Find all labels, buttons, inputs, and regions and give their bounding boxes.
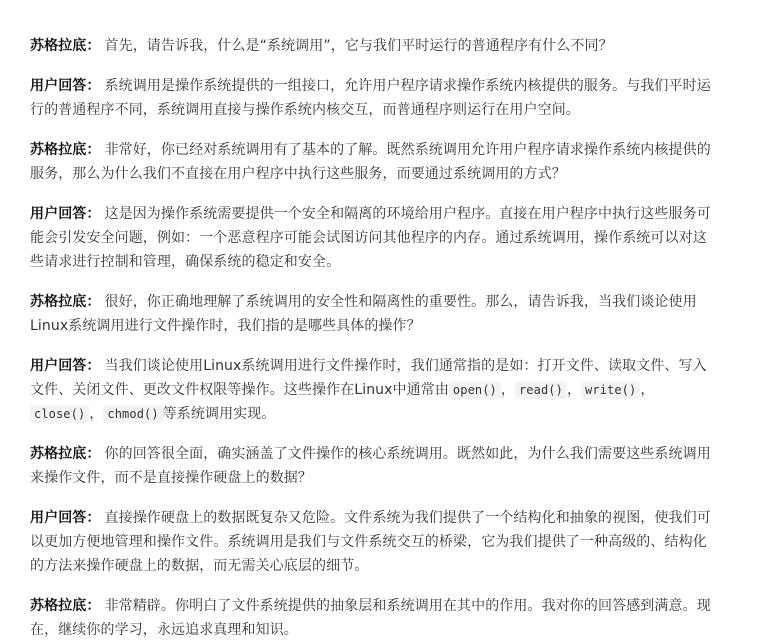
speaker-label: 苏格拉底：	[30, 598, 101, 614]
dialogue-paragraph-socrates: 苏格拉底：首先，请告诉我，什么是“系统调用”，它与我们平时运行的普通程序有什么不…	[30, 34, 720, 58]
dialogue-document: 苏格拉底：首先，请告诉我，什么是“系统调用”，它与我们平时运行的普通程序有什么不…	[0, 0, 750, 642]
paragraph-text: 首先，请告诉我，什么是“系统调用”，它与我们平时运行的普通程序有什么不同？	[105, 38, 613, 54]
inline-code-write: write()	[581, 381, 640, 399]
paragraph-text: 直接操作硬盘上的数据既复杂又危险。文件系统为我们提供了一个结构化和抽象的视图，使…	[30, 510, 711, 574]
speaker-label: 苏格拉底：	[30, 142, 101, 158]
separator: ，	[640, 382, 654, 398]
dialogue-paragraph-socrates: 苏格拉底：非常好，你已经对系统调用有了基本的了解。既然系统调用允许用户程序请求操…	[30, 138, 720, 186]
speaker-label: 用户回答：	[30, 78, 101, 94]
paragraph-text: 系统调用是操作系统提供的一组接口，允许用户程序请求操作系统内核提供的服务。与我们…	[30, 78, 711, 118]
paragraph-text: 你的回答很全面，确实涵盖了文件操作的核心系统调用。既然如此，为什么我们需要这些系…	[30, 446, 711, 486]
dialogue-paragraph-user: 用户回答：当我们谈论使用Linux系统调用进行文件操作时，我们通常指的是如：打开…	[30, 354, 720, 426]
paragraph-text: 等系统调用实现。	[163, 406, 276, 422]
separator: ，	[89, 406, 103, 422]
dialogue-paragraph-user: 用户回答：直接操作硬盘上的数据既复杂又危险。文件系统为我们提供了一个结构化和抽象…	[30, 506, 720, 578]
inline-code-close: close()	[30, 405, 89, 423]
dialogue-paragraph-socrates: 苏格拉底：很好，你正确地理解了系统调用的安全性和隔离性的重要性。那么，请告诉我，…	[30, 290, 720, 338]
speaker-label: 苏格拉底：	[30, 446, 101, 462]
speaker-label: 苏格拉底：	[30, 294, 101, 310]
dialogue-paragraph-socrates: 苏格拉底：你的回答很全面，确实涵盖了文件操作的核心系统调用。既然如此，为什么我们…	[30, 442, 720, 490]
paragraph-text: 很好，你正确地理解了系统调用的安全性和隔离性的重要性。那么，请告诉我，当我们谈论…	[30, 294, 697, 334]
speaker-label: 用户回答：	[30, 510, 101, 526]
dialogue-paragraph-user: 用户回答：系统调用是操作系统提供的一组接口，允许用户程序请求操作系统内核提供的服…	[30, 74, 720, 122]
dialogue-paragraph-socrates: 苏格拉底：非常精辟。你明白了文件系统提供的抽象层和系统调用在其中的作用。我对你的…	[30, 594, 720, 642]
inline-code-open: open()	[449, 381, 501, 399]
dialogue-paragraph-user: 用户回答：这是因为操作系统需要提供一个安全和隔离的环境给用户程序。直接在用户程序…	[30, 202, 720, 274]
separator: ，	[567, 382, 581, 398]
paragraph-text: 非常好，你已经对系统调用有了基本的了解。既然系统调用允许用户程序请求操作系统内核…	[30, 142, 711, 182]
paragraph-text: 这是因为操作系统需要提供一个安全和隔离的环境给用户程序。直接在用户程序中执行这些…	[30, 206, 711, 270]
separator: ，	[501, 382, 515, 398]
inline-code-chmod: chmod()	[103, 405, 162, 423]
inline-code-read: read()	[515, 381, 567, 399]
speaker-label: 苏格拉底：	[30, 38, 101, 54]
paragraph-text: 非常精辟。你明白了文件系统提供的抽象层和系统调用在其中的作用。我对你的回答感到满…	[30, 598, 711, 638]
speaker-label: 用户回答：	[30, 358, 101, 374]
speaker-label: 用户回答：	[30, 206, 101, 222]
